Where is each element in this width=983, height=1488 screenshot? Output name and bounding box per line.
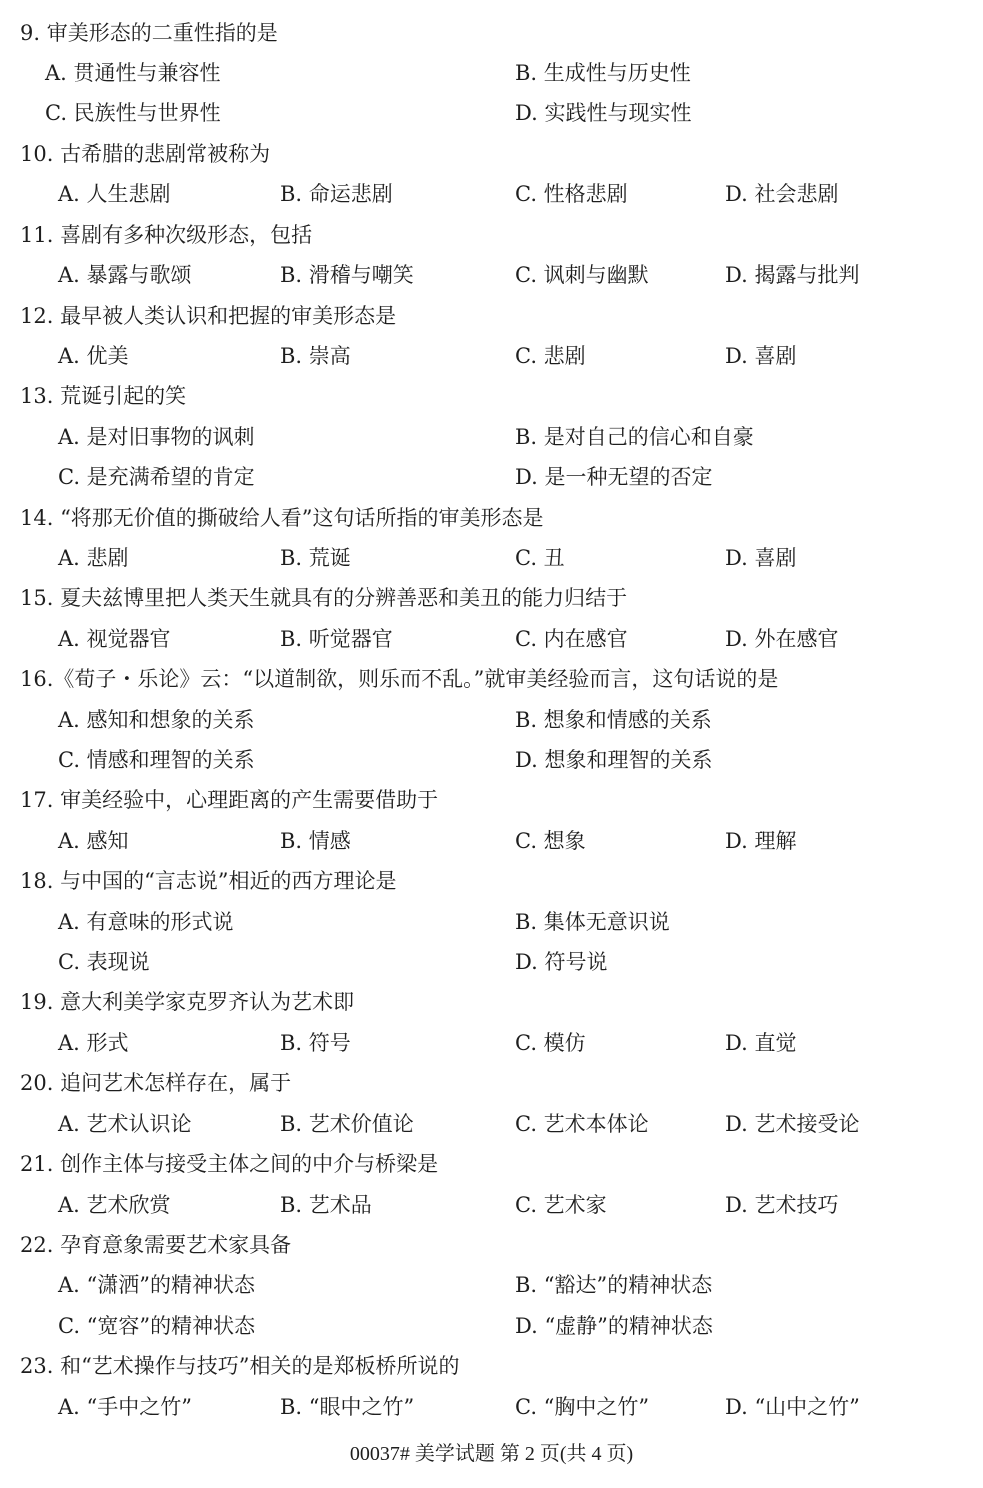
stem-text: 17. 审美经验中，心理距离的产生需要借助于 [20,780,438,820]
option-row: A. 优美 B. 崇高 C. 悲剧 D. 喜剧 [0,336,983,376]
exam-page: 9. 审美形态的二重性指的是 A. 贯通性与兼容性 B. 生成性与历史性 C. … [0,0,983,1488]
option-d: D. 直觉 [725,1023,796,1063]
option-row: A. 艺术认识论 B. 艺术价值论 C. 艺术本体论 D. 艺术接受论 [0,1104,983,1144]
option-d: D. 是一种无望的否定 [515,457,712,497]
stem-text: 11. 喜剧有多种次级形态，包括 [20,215,312,255]
option-a: A. 贯通性与兼容性 [45,53,221,93]
option-row: A. “潇洒”的精神状态 B. “豁达”的精神状态 [0,1265,983,1305]
stem-text: 23. 和“艺术操作与技巧”相关的是郑板桥所说的 [20,1346,460,1386]
option-d: D. 实践性与现实性 [515,93,691,133]
option-row: C. 民族性与世界性 D. 实践性与现实性 [0,93,983,133]
option-d: D. “山中之竹” [725,1387,860,1427]
option-row: A. 人生悲剧 B. 命运悲剧 C. 性格悲剧 D. 社会悲剧 [0,174,983,214]
question-stem: 20. 追问艺术怎样存在，属于 [0,1063,983,1103]
stem-text: 12. 最早被人类认识和把握的审美形态是 [20,296,396,336]
option-b: B. 艺术品 [280,1185,372,1225]
option-d: D. “虚静”的精神状态 [515,1306,713,1346]
option-b: B. 滑稽与嘲笑 [280,255,414,295]
option-row: A. 暴露与歌颂 B. 滑稽与嘲笑 C. 讽刺与幽默 D. 揭露与批判 [0,255,983,295]
stem-text: 22. 孕育意象需要艺术家具备 [20,1225,291,1265]
option-c: C. 民族性与世界性 [45,93,221,133]
option-row: A. 悲剧 B. 荒诞 C. 丑 D. 喜剧 [0,538,983,578]
option-row: C. 是充满希望的肯定 D. 是一种无望的否定 [0,457,983,497]
option-d: D. 喜剧 [725,538,796,578]
option-a: A. 人生悲剧 [58,174,171,214]
option-b: B. 想象和情感的关系 [515,700,712,740]
option-row: A. 感知和想象的关系 B. 想象和情感的关系 [0,700,983,740]
option-c: C. 内在感官 [515,619,628,659]
option-b: B. 集体无意识说 [515,902,670,942]
option-d: D. 艺术技巧 [725,1185,838,1225]
option-d: D. 符号说 [515,942,607,982]
question-stem: 13. 荒诞引起的笑 [0,376,983,416]
option-d: D. 社会悲剧 [725,174,838,214]
option-a: A. “潇洒”的精神状态 [58,1265,255,1305]
option-b: B. 艺术价值论 [280,1104,414,1144]
option-b: B. 符号 [280,1023,351,1063]
option-c: C. 悲剧 [515,336,586,376]
option-a: A. 是对旧事物的讽刺 [58,417,255,457]
option-b: B. 听觉器官 [280,619,393,659]
option-row: A. 视觉器官 B. 听觉器官 C. 内在感官 D. 外在感官 [0,619,983,659]
option-row: A. “手中之竹” B. “眼中之竹” C. “胸中之竹” D. “山中之竹” [0,1387,983,1427]
option-d: D. 揭露与批判 [725,255,859,295]
option-row: A. 形式 B. 符号 C. 模仿 D. 直觉 [0,1023,983,1063]
stem-text: 19. 意大利美学家克罗齐认为艺术即 [20,982,354,1022]
option-row: A. 感知 B. 情感 C. 想象 D. 理解 [0,821,983,861]
option-b: B. 生成性与历史性 [515,53,691,93]
stem-text: 13. 荒诞引起的笑 [20,376,186,416]
option-a: A. 感知和想象的关系 [58,700,255,740]
option-a: A. 感知 [58,821,129,861]
option-c: C. 性格悲剧 [515,174,628,214]
option-b: B. 是对自己的信心和自豪 [515,417,754,457]
option-c: C. 是充满希望的肯定 [58,457,255,497]
option-d: D. 外在感官 [725,619,838,659]
option-c: C. 模仿 [515,1023,586,1063]
option-a: A. 暴露与歌颂 [58,255,192,295]
option-a: A. 形式 [58,1023,129,1063]
stem-text: 10. 古希腊的悲剧常被称为 [20,134,270,174]
question-stem: 9. 审美形态的二重性指的是 [0,13,983,53]
stem-text: 21. 创作主体与接受主体之间的中介与桥梁是 [20,1144,438,1184]
option-b: B. 命运悲剧 [280,174,393,214]
option-row: C. 情感和理智的关系 D. 想象和理智的关系 [0,740,983,780]
option-b: B. 荒诞 [280,538,351,578]
option-c: C. “胸中之竹” [515,1387,649,1427]
stem-text: 15. 夏夫兹博里把人类天生就具有的分辨善恶和美丑的能力归结于 [20,578,627,618]
option-a: A. 视觉器官 [58,619,171,659]
option-row: A. 艺术欣赏 B. 艺术品 C. 艺术家 D. 艺术技巧 [0,1185,983,1225]
option-a: A. 艺术认识论 [58,1104,192,1144]
option-row: A. 有意味的形式说 B. 集体无意识说 [0,902,983,942]
option-b: B. 崇高 [280,336,351,376]
question-stem: 19. 意大利美学家克罗齐认为艺术即 [0,982,983,1022]
option-row: C. “宽容”的精神状态 D. “虚静”的精神状态 [0,1306,983,1346]
stem-text: 16.《荀子・乐论》云：“以道制欲，则乐而不乱。”就审美经验而言，这句话说的是 [20,659,778,699]
question-stem: 18. 与中国的“言志说”相近的西方理论是 [0,861,983,901]
option-a: A. 有意味的形式说 [58,902,234,942]
question-stem: 12. 最早被人类认识和把握的审美形态是 [0,296,983,336]
option-d: D. 想象和理智的关系 [515,740,712,780]
option-d: D. 喜剧 [725,336,796,376]
option-c: C. 讽刺与幽默 [515,255,649,295]
option-row: C. 表现说 D. 符号说 [0,942,983,982]
question-stem: 11. 喜剧有多种次级形态，包括 [0,215,983,255]
question-stem: 15. 夏夫兹博里把人类天生就具有的分辨善恶和美丑的能力归结于 [0,578,983,618]
question-stem: 23. 和“艺术操作与技巧”相关的是郑板桥所说的 [0,1346,983,1386]
stem-text: 9. 审美形态的二重性指的是 [20,13,278,53]
option-d: D. 艺术接受论 [725,1104,859,1144]
option-row: A. 贯通性与兼容性 B. 生成性与历史性 [0,53,983,93]
question-stem: 17. 审美经验中，心理距离的产生需要借助于 [0,780,983,820]
question-stem: 22. 孕育意象需要艺术家具备 [0,1225,983,1265]
option-b: B. “豁达”的精神状态 [515,1265,712,1305]
option-c: C. 情感和理智的关系 [58,740,255,780]
option-a: A. 优美 [58,336,129,376]
option-c: C. “宽容”的精神状态 [58,1306,255,1346]
option-c: C. 艺术家 [515,1185,607,1225]
question-stem: 14. “将那无价值的撕破给人看”这句话所指的审美形态是 [0,498,983,538]
option-d: D. 理解 [725,821,796,861]
option-c: C. 表现说 [58,942,150,982]
stem-text: 20. 追问艺术怎样存在，属于 [20,1063,291,1103]
option-row: A. 是对旧事物的讽刺 B. 是对自己的信心和自豪 [0,417,983,457]
page-footer: 00037# 美学试题 第 2 页(共 4 页) [0,1434,983,1474]
option-b: B. “眼中之竹” [280,1387,414,1427]
option-c: C. 想象 [515,821,586,861]
stem-text: 14. “将那无价值的撕破给人看”这句话所指的审美形态是 [20,498,544,538]
option-a: A. 悲剧 [58,538,129,578]
option-c: C. 艺术本体论 [515,1104,649,1144]
question-stem: 21. 创作主体与接受主体之间的中介与桥梁是 [0,1144,983,1184]
option-c: C. 丑 [515,538,565,578]
question-stem: 16.《荀子・乐论》云：“以道制欲，则乐而不乱。”就审美经验而言，这句话说的是 [0,659,983,699]
stem-text: 18. 与中国的“言志说”相近的西方理论是 [20,861,397,901]
option-a: A. 艺术欣赏 [58,1185,171,1225]
question-stem: 10. 古希腊的悲剧常被称为 [0,134,983,174]
option-a: A. “手中之竹” [58,1387,192,1427]
option-b: B. 情感 [280,821,351,861]
